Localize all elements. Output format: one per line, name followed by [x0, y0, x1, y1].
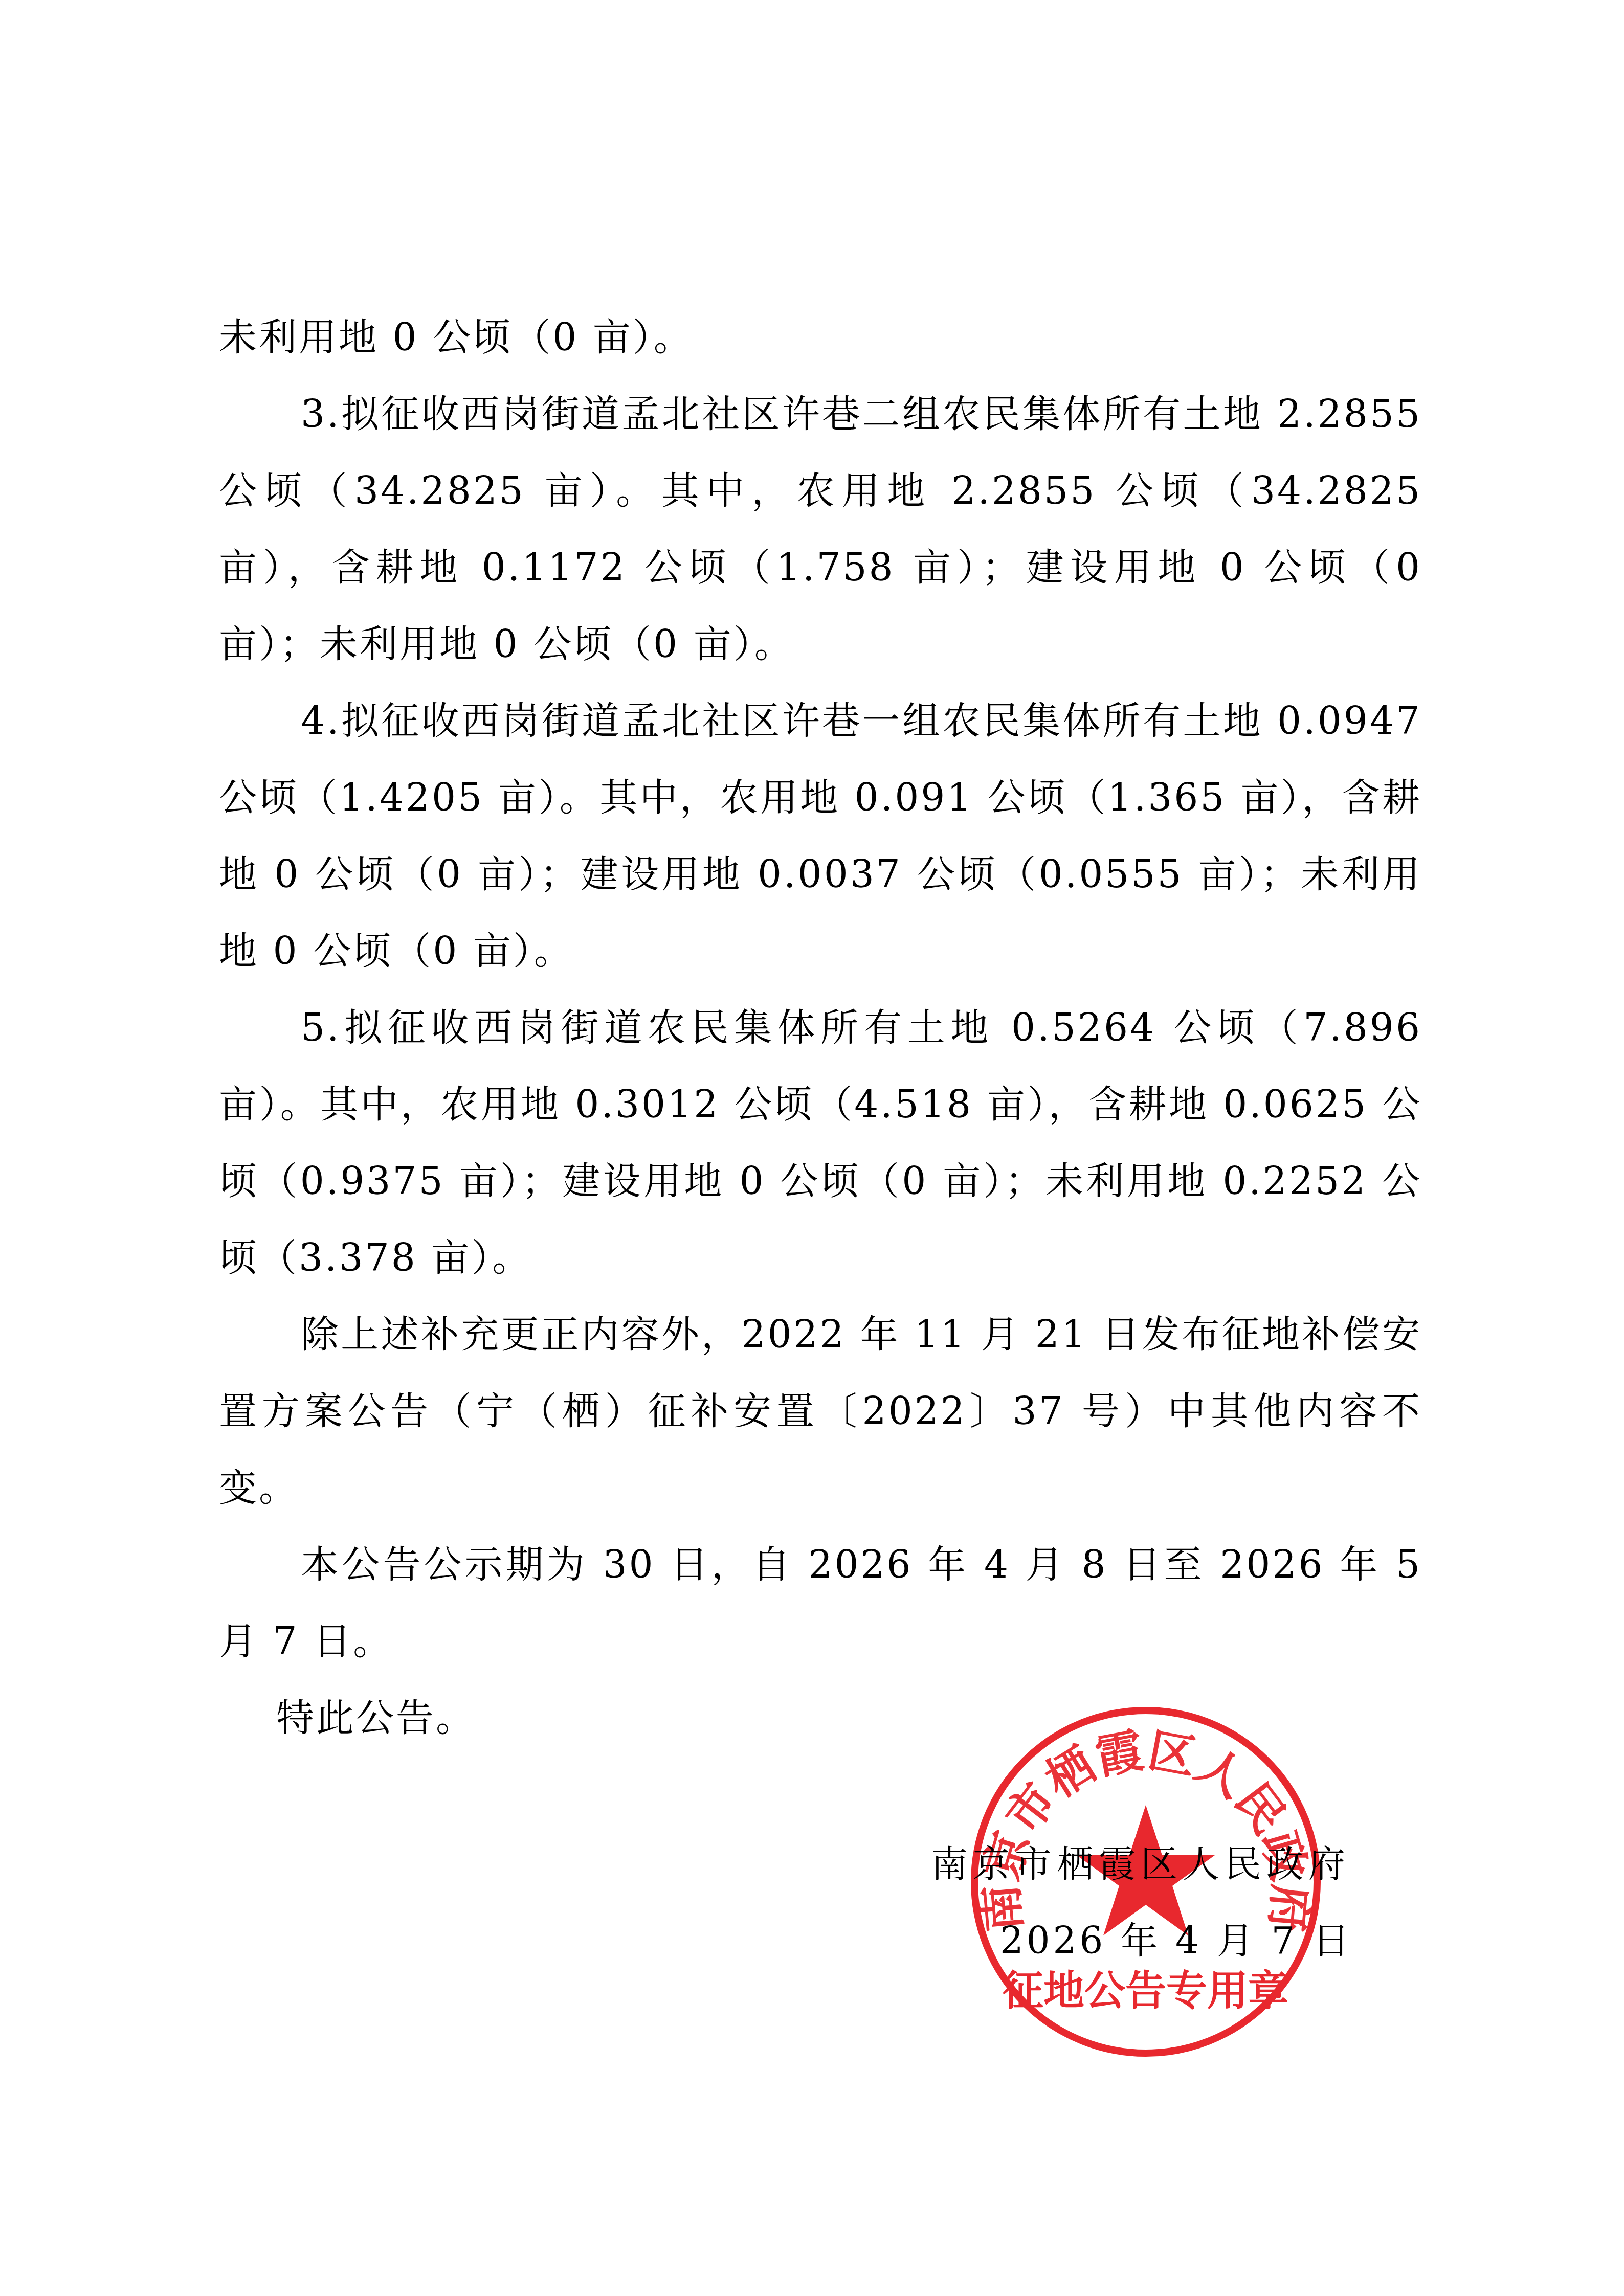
issuing-organization: 南京市栖霞区人民政府	[931, 1826, 1376, 1902]
paragraph-item-5: 5.拟征收西岗街道农民集体所有土地 0.5264 公顷（7.896 亩）。其中，…	[219, 989, 1422, 1296]
paragraph-publicity-period: 本公告公示期为 30 日，自 2026 年 4 月 8 日至 2026 年 5 …	[219, 1526, 1422, 1680]
paragraph-unchanged-notice: 除上述补充更正内容外，2022 年 11 月 21 日发布征地补偿安置方案公告（…	[219, 1296, 1422, 1526]
document-body: 未利用地 0 公顷（0 亩）。 3.拟征收西岗街道孟北社区许巷二组农民集体所有土…	[219, 299, 1422, 1757]
document-page: 未利用地 0 公顷（0 亩）。 3.拟征收西岗街道孟北社区许巷二组农民集体所有土…	[0, 0, 1624, 2296]
paragraph-continuation: 未利用地 0 公顷（0 亩）。	[219, 299, 1422, 376]
issue-date: 2026 年 4 月 7 日	[931, 1902, 1376, 1979]
signature-block: 南京市栖霞区人民政府 2026 年 4 月 7 日	[931, 1826, 1376, 1979]
paragraph-item-4: 4.拟征收西岗街道孟北社区许巷一组农民集体所有土地 0.0947 公顷（1.42…	[219, 683, 1422, 989]
paragraph-item-3: 3.拟征收西岗街道孟北社区许巷二组农民集体所有土地 2.2855 公顷（34.2…	[219, 376, 1422, 683]
